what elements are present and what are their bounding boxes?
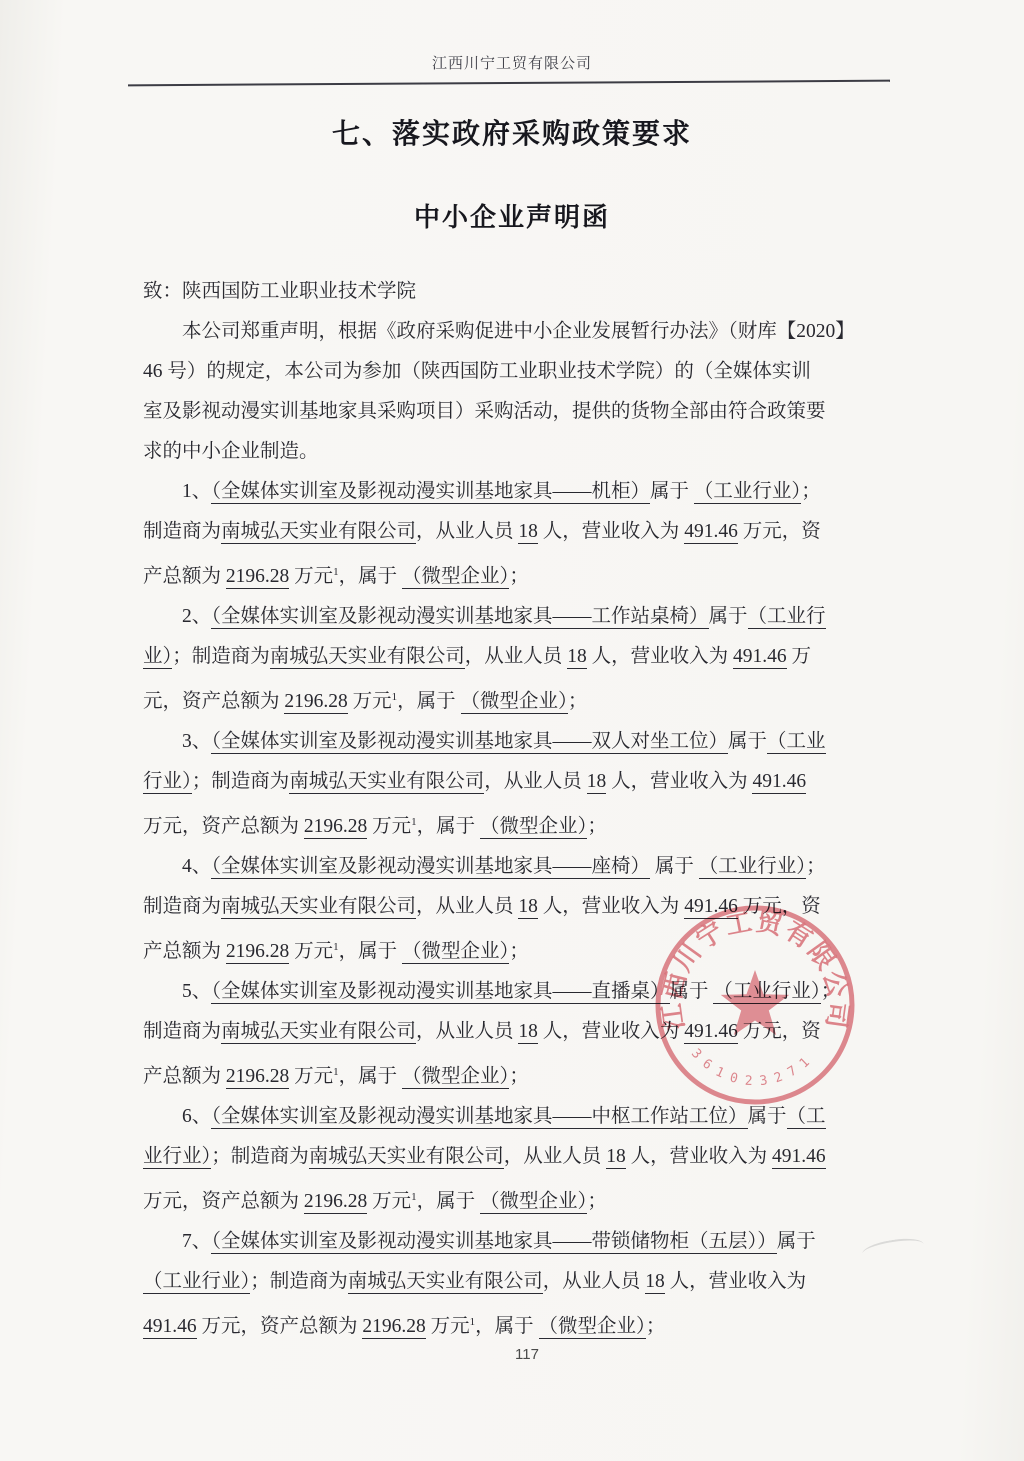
underlined-text: 491.46: [752, 771, 806, 794]
text-run: 万: [787, 646, 811, 667]
underlined-text: 18: [606, 1146, 626, 1169]
text-run: 产总额为: [143, 1066, 226, 1087]
text-run: ；: [646, 1316, 666, 1337]
text-line: 致：陕西国防工业职业技术学院: [143, 272, 885, 312]
page-header-company: 江西川宁工贸有限公司: [0, 52, 1024, 73]
underlined-text: （全媒体实训室及影视动漫实训基地家具——双人对坐工位）: [211, 731, 728, 754]
underlined-text: 491.46: [772, 1146, 826, 1169]
text-line: 制造商为南城弘天实业有限公司，从业人员 18 人，营业收入为 491.46 万元…: [143, 512, 885, 552]
text-run: ；: [801, 481, 821, 502]
text-line: 491.46 万元，资产总额为 2196.28 万元1，属于 （微型企业）；: [143, 1302, 885, 1347]
underlined-text: 2196.28: [226, 941, 289, 964]
underlined-text: 2196.28: [304, 816, 367, 839]
text-run: 万元: [289, 941, 333, 962]
text-run: ；制造商为: [250, 1271, 348, 1292]
text-run: 人，营业收入为: [606, 771, 752, 792]
underlined-text: 491.46: [733, 646, 787, 669]
underlined-text: 18: [518, 521, 538, 544]
text-run: ；: [806, 856, 826, 877]
text-run: ；: [568, 691, 588, 712]
text-line: 3、（全媒体实训室及影视动漫实训基地家具——双人对坐工位）属于（工业: [143, 722, 885, 762]
text-line: 46 号）的规定，本公司为参加（陕西国防工业职业技术学院）的（全媒体实训: [143, 352, 885, 392]
underlined-text: 行业）: [143, 771, 192, 794]
text-run: ；制造商为: [192, 771, 290, 792]
underlined-text: （全媒体实训室及影视动漫实训基地家具——机柜）: [211, 481, 650, 504]
underlined-text: 2196.28: [284, 691, 347, 714]
text-run: 1、: [182, 481, 211, 502]
text-line: 4、（全媒体实训室及影视动漫实训基地家具——座椅） 属于 （工业行业）；: [143, 847, 885, 887]
text-run: 万元: [426, 1316, 470, 1337]
text-line: 万元，资产总额为 2196.28 万元1，属于 （微型企业）；: [143, 802, 885, 847]
text-run: ，属于: [417, 1191, 480, 1212]
text-line: 室及影视动漫实训基地家具采购项目）采购活动，提供的货物全部由符合政策要: [143, 392, 885, 432]
text-run: 万元，资产总额为: [197, 1316, 363, 1337]
underlined-text: （全媒体实训室及影视动漫实训基地家具——座椅）: [211, 856, 650, 879]
document-body: 致：陕西国防工业职业技术学院本公司郑重声明，根据《政府采购促进中小企业发展暂行办…: [143, 272, 885, 1347]
underlined-text: 业）: [143, 646, 172, 669]
text-run: ，属于: [417, 816, 480, 837]
text-run: 求的中小企业制造。: [143, 441, 319, 462]
text-run: 人，营业收入为: [626, 1146, 772, 1167]
underlined-text: 2196.28: [362, 1316, 425, 1339]
underlined-text: （工业行: [748, 606, 826, 629]
text-run: 属于: [650, 481, 694, 502]
text-run: 室及影视动漫实训基地家具采购项目）采购活动，提供的货物全部由符合政策要: [143, 401, 826, 422]
text-run: 属于: [728, 731, 767, 752]
text-run: ，从业人员: [484, 771, 586, 792]
document-page: 江西川宁工贸有限公司 七、落实政府采购政策要求 中小企业声明函 致：陕西国防工业…: [0, 0, 1024, 1461]
underlined-text: （微型企业）: [402, 941, 509, 964]
text-run: 万元: [289, 566, 333, 587]
text-line: 万元，资产总额为 2196.28 万元1，属于 （微型企业）；: [143, 1177, 885, 1222]
underlined-text: 业行业）: [143, 1146, 211, 1169]
underlined-text: 18: [567, 646, 587, 669]
document-title: 七、落实政府采购政策要求: [0, 112, 1024, 152]
text-run: 属于: [650, 856, 699, 877]
text-run: ，属于: [397, 691, 460, 712]
underlined-text: 18: [518, 1021, 538, 1044]
text-run: ；制造商为: [211, 1146, 309, 1167]
text-run: 3、: [182, 731, 211, 752]
page-number: 117: [0, 1346, 1024, 1363]
text-run: 制造商为: [143, 521, 221, 542]
text-run: 2、: [182, 606, 211, 627]
text-run: ，属于: [339, 566, 402, 587]
underlined-text: 南城弘天实业有限公司: [348, 1271, 543, 1294]
text-run: 人，营业收入为: [538, 521, 684, 542]
underlined-text: （工业行业）: [143, 1271, 250, 1294]
text-run: 万元: [367, 1191, 411, 1212]
underlined-text: 491.46: [684, 521, 738, 544]
text-run: 元，资产总额为: [143, 691, 284, 712]
underlined-text: 2196.28: [226, 566, 289, 589]
text-line: 产总额为 2196.28 万元1，属于 （微型企业）；: [143, 552, 885, 597]
text-run: ，属于: [475, 1316, 538, 1337]
text-run: ；: [509, 566, 529, 587]
underlined-text: 南城弘天实业有限公司: [221, 521, 416, 544]
text-line: 业行业）；制造商为南城弘天实业有限公司，从业人员 18 人，营业收入为 491.…: [143, 1137, 885, 1177]
text-run: ；: [587, 816, 607, 837]
text-run: 万元，资产总额为: [143, 816, 304, 837]
text-run: 5、: [182, 981, 211, 1002]
text-run: ；: [509, 1066, 529, 1087]
underlined-text: （工业行业）: [694, 481, 801, 504]
text-line: 1、（全媒体实训室及影视动漫实训基地家具——机柜）属于 （工业行业）；: [143, 472, 885, 512]
underlined-text: 南城弘天实业有限公司: [309, 1146, 504, 1169]
text-run: ；制造商为: [172, 646, 270, 667]
text-line: 业）；制造商为南城弘天实业有限公司，从业人员 18 人，营业收入为 491.46…: [143, 637, 885, 677]
underlined-text: 18: [518, 896, 538, 919]
underlined-text: （工业: [767, 731, 826, 754]
text-run: 万元，资: [738, 521, 821, 542]
underlined-text: 2196.28: [304, 1191, 367, 1214]
text-run: 本公司郑重声明，根据《政府采购促进中小企业发展暂行办法》（财库【2020】: [182, 321, 855, 342]
text-run: 万元: [348, 691, 392, 712]
underlined-text: 南城弘天实业有限公司: [289, 771, 484, 794]
text-line: 7、（全媒体实训室及影视动漫实训基地家具——带锁储物柜（五层））属于: [143, 1222, 885, 1262]
star-icon: [721, 970, 789, 1035]
underlined-text: （微型企业）: [461, 691, 568, 714]
underlined-text: 南城弘天实业有限公司: [221, 896, 416, 919]
text-run: 产总额为: [143, 941, 226, 962]
underlined-text: （工业行业）: [699, 856, 806, 879]
underlined-text: （全媒体实训室及影视动漫实训基地家具——工作站桌椅）: [211, 606, 708, 629]
underlined-text: 18: [587, 771, 607, 794]
text-run: 人，营业收入为: [665, 1271, 806, 1292]
text-line: 元，资产总额为 2196.28 万元1，属于 （微型企业）；: [143, 677, 885, 722]
text-run: ，从业人员: [543, 1271, 645, 1292]
underlined-text: （微型企业）: [539, 1316, 646, 1339]
header-rule: [128, 80, 890, 87]
text-run: ，属于: [339, 1066, 402, 1087]
text-run: 7、: [182, 1231, 211, 1252]
text-run: 4、: [182, 856, 211, 877]
underlined-text: （全媒体实训室及影视动漫实训基地家具——直播桌）: [211, 981, 669, 1004]
text-run: ，属于: [339, 941, 402, 962]
text-run: 6、: [182, 1106, 211, 1127]
text-run: ；: [509, 941, 529, 962]
text-run: ，从业人员: [416, 521, 518, 542]
text-line: 求的中小企业制造。: [143, 432, 885, 472]
underlined-text: 2196.28: [226, 1066, 289, 1089]
stamp-serial-number: 361023271: [688, 1046, 819, 1089]
text-run: 46 号）的规定，本公司为参加（陕西国防工业职业技术学院）的（全媒体实训: [143, 361, 811, 382]
text-run: 制造商为: [143, 1021, 221, 1042]
underlined-text: （微型企业）: [480, 1191, 587, 1214]
text-line: 本公司郑重声明，根据《政府采购促进中小企业发展暂行办法》（财库【2020】: [143, 312, 885, 352]
underlined-text: 18: [645, 1271, 665, 1294]
text-run: ，从业人员: [416, 1021, 518, 1042]
text-run: 产总额为: [143, 566, 226, 587]
text-run: ，从业人员: [416, 896, 518, 917]
underlined-text: 南城弘天实业有限公司: [221, 1021, 416, 1044]
text-run: 万元，资产总额为: [143, 1191, 304, 1212]
text-run: 万元: [289, 1066, 333, 1087]
company-seal-stamp: 江西川宁工贸有限公司 361023271: [649, 902, 861, 1114]
text-run: ；: [587, 1191, 607, 1212]
text-line: （工业行业）；制造商为南城弘天实业有限公司，从业人员 18 人，营业收入为: [143, 1262, 885, 1302]
text-line: 行业）；制造商为南城弘天实业有限公司，从业人员 18 人，营业收入为 491.4…: [143, 762, 885, 802]
text-run: ，从业人员: [504, 1146, 606, 1167]
document-subtitle: 中小企业声明函: [0, 197, 1024, 234]
text-run: 致：陕西国防工业职业技术学院: [143, 281, 416, 302]
text-run: 属于: [709, 606, 748, 627]
underlined-text: （微型企业）: [480, 816, 587, 839]
text-run: 人，营业收入为: [587, 646, 733, 667]
text-run: ，从业人员: [465, 646, 567, 667]
underlined-text: 南城弘天实业有限公司: [270, 646, 465, 669]
text-line: 2、（全媒体实训室及影视动漫实训基地家具——工作站桌椅）属于（工业行: [143, 597, 885, 637]
underlined-text: 491.46: [143, 1316, 197, 1339]
text-run: 万元: [367, 816, 411, 837]
underlined-text: （微型企业）: [402, 566, 509, 589]
text-run: 制造商为: [143, 896, 221, 917]
underlined-text: （全媒体实训室及影视动漫实训基地家具——带锁储物柜（五层））: [211, 1231, 777, 1254]
underlined-text: （微型企业）: [402, 1066, 509, 1089]
text-run: 属于: [777, 1231, 816, 1252]
